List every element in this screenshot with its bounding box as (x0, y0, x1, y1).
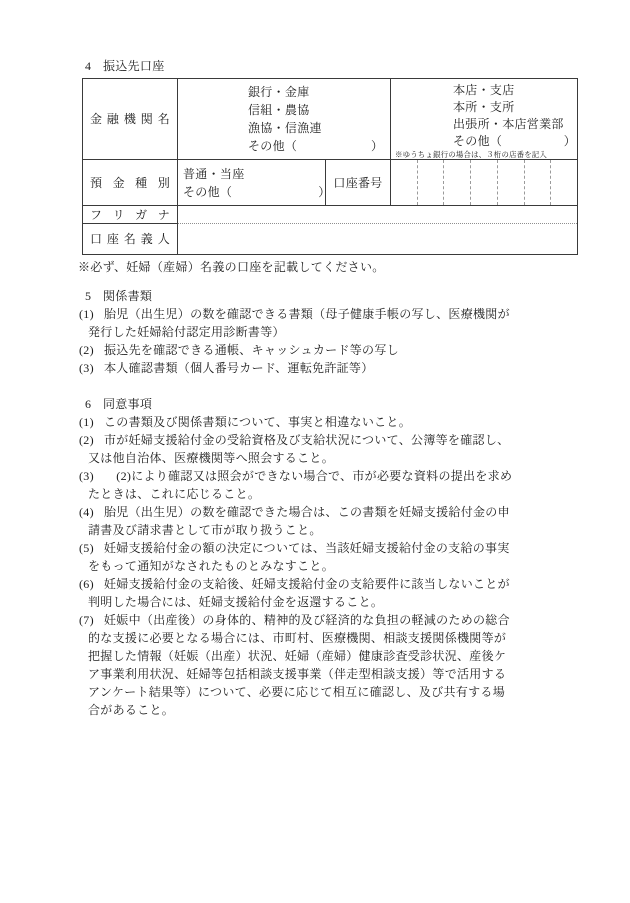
list-item-text: この書類及び関係書類について、事実と相違ないこと。 (104, 415, 411, 429)
list-item-continuation-line: 判明した場合には、妊婦支援給付金を返還すること。 (0, 593, 630, 611)
account-note: ※必ず、妊婦（産婦）名義の口座を記載してください。 (78, 258, 385, 276)
list-item-first-line: (4)胎児（出生児）の数を確認できた場合は、この書類を妊婦支援給付金の申 (0, 503, 630, 521)
section6-consent-items: 6同意事項 (1)この書類及び関係書類について、事実と相違ないこと。(2)市が妊… (0, 395, 630, 719)
branch-type-option: その他（ ） (391, 133, 577, 150)
list-item-number: (4) (79, 503, 104, 521)
list-item-continuation-line: をもって通知がなされたものとみなすこと。 (0, 557, 630, 575)
furigana-input-cell[interactable] (178, 206, 577, 224)
list-item-first-line: (1)胎児（出生児）の数を確認できる書類（母子健康手帳の写し、医療機関が (0, 305, 630, 323)
account-holder-label-cell: 口 座 名 義 人 (83, 224, 178, 254)
section6-title: 同意事項 (103, 397, 152, 411)
list-item-continuation-line: 又は他自治体、医療機関等へ照会すること。 (0, 449, 630, 467)
account-number-label: 口座番号 (333, 174, 382, 192)
deposit-type-label: 預 金 種 別 (90, 174, 170, 192)
furigana-label: フ リ ガ ナ (90, 206, 170, 224)
list-item-number: (2) (79, 431, 104, 449)
section5-items: (1)胎児（出生児）の数を確認できる書類（母子健康手帳の写し、医療機関が発行した… (0, 305, 630, 377)
list-item-number: (2) (79, 341, 104, 359)
list-item-continuation-line: 発行した妊婦給付認定用診断書等） (0, 323, 630, 341)
list-item-number: (3) (79, 359, 104, 377)
list-item-number: (5) (79, 539, 104, 557)
list-item-text: 胎児（出生児）の数を確認できる書類（母子健康手帳の写し、医療機関が (104, 307, 510, 321)
account-holder-input-cell[interactable] (178, 224, 577, 254)
account-holder-label: 口 座 名 義 人 (90, 230, 170, 248)
branch-type-option: 本店・支店 (391, 82, 577, 99)
list-item-continuation-line: 合があること。 (0, 701, 630, 719)
list-item-continuation-line: ア事業利用状況、妊婦等包括相談支援事業（伴走型相談支援）等で活用する (0, 665, 630, 683)
branch-type-option: 出張所・本店営業部 (391, 116, 577, 133)
furigana-label-cell: フ リ ガ ナ (83, 206, 178, 224)
account-number-digit-cell[interactable] (497, 160, 524, 205)
section6-number: 6 (85, 395, 103, 413)
institution-type-option: 信組・農協 (178, 101, 390, 119)
deposit-type-option: 普通・当座 (178, 165, 325, 183)
list-item-continuation-line: たときは、これに応じること。 (0, 485, 630, 503)
list-item-number: (3) (79, 467, 104, 485)
document-page: 4振込先口座 金 融 機 関 名 銀行・金庫信組・農協漁協・信漁連その他（ ） … (0, 0, 630, 903)
section6-heading: 6同意事項 (0, 395, 630, 413)
account-number-digit-cell[interactable] (391, 160, 417, 205)
list-item-first-line: (5)妊婦支援給付金の額の決定については、当該妊婦支援給付金の支給の事実 (0, 539, 630, 557)
section5-heading: 5関係書類 (0, 287, 630, 305)
list-item-text: 本人確認書類（個人番号カード、運転免許証等） (104, 361, 374, 375)
list-item-continuation-line: アンケート結果等）について、必要に応じて相互に確認し、及び共有する場 (0, 683, 630, 701)
list-item-first-line: (7)妊娠中（出産後）の身体的、精神的及び経済的な負担の軽減のための総合 (0, 611, 630, 629)
list-item-first-line: (2)市が妊婦支援給付金の受給資格及び支給状況について、公簿等を確認し、 (0, 431, 630, 449)
list-item-first-line: (3)本人確認書類（個人番号カード、運転免許証等） (0, 359, 630, 377)
list-item-text: 妊婦支援給付金の額の決定については、当該妊婦支援給付金の支給の事実 (104, 541, 510, 555)
list-item-text: 妊娠中（出産後）の身体的、精神的及び経済的な負担の軽減のための総合 (104, 613, 510, 627)
list-item-text: 妊婦支援給付金の支給後、妊婦支援給付金の支給要件に該当しないことが (104, 577, 510, 591)
bank-account-table: 金 融 機 関 名 銀行・金庫信組・農協漁協・信漁連その他（ ） 本店・支店本所… (82, 78, 578, 255)
list-item-continuation-line: 請書及び請求書として市が取り扱うこと。 (0, 521, 630, 539)
list-item-first-line: (3) (2)により確認又は照会ができない場合で、市が必要な資料の提出を求め (0, 467, 630, 485)
list-item-text: 振込先を確認できる通帳、キャッシュカード等の写し (104, 343, 399, 357)
institution-type-option: 銀行・金庫 (178, 83, 390, 101)
list-item-number: (6) (79, 575, 104, 593)
list-item-first-line: (1)この書類及び関係書類について、事実と相違ないこと。 (0, 413, 630, 431)
section5-related-documents: 5関係書類 (1)胎児（出生児）の数を確認できる書類（母子健康手帳の写し、医療機… (0, 287, 630, 377)
list-item-first-line: (6)妊婦支援給付金の支給後、妊婦支援給付金の支給要件に該当しないことが (0, 575, 630, 593)
section4-heading: 4振込先口座 (85, 57, 165, 75)
list-item-number: (1) (79, 413, 104, 431)
list-item-text: 胎児（出生児）の数を確認できた場合は、この書類を妊婦支援給付金の申 (104, 505, 510, 519)
section4-number: 4 (85, 57, 103, 75)
list-item-number: (1) (79, 305, 104, 323)
list-item-continuation-line: 的な支援に必要となる場合には、市町村、医療機関、相談支援関係機関等が (0, 629, 630, 647)
list-item-number: (7) (79, 611, 104, 629)
institution-type-option: その他（ ） (178, 137, 390, 155)
deposit-type-label-cell: 預 金 種 別 (83, 160, 178, 206)
deposit-type-option: その他（ ） (178, 183, 325, 201)
account-number-digit-cell[interactable] (417, 160, 444, 205)
branch-type-cell: 本店・支店本所・支所出張所・本店営業部その他（ ）※ゆうちょ銀行の場合は、３桁の… (391, 79, 577, 160)
account-number-digit-cell[interactable] (443, 160, 470, 205)
account-number-digit-cell[interactable] (524, 160, 551, 205)
section4-title: 振込先口座 (103, 59, 165, 73)
institution-type-cell: 銀行・金庫信組・農協漁協・信漁連その他（ ） (178, 79, 391, 160)
branch-type-option: 本所・支所 (391, 99, 577, 116)
list-item-text: 市が妊婦支援給付金の受給資格及び支給状況について、公簿等を確認し、 (104, 433, 509, 447)
section5-title: 関係書類 (103, 289, 152, 303)
deposit-type-cell: 普通・当座その他（ ） (178, 160, 326, 206)
section5-number: 5 (85, 287, 103, 305)
institution-type-option: 漁協・信漁連 (178, 119, 390, 137)
account-number-digit-cell[interactable] (550, 160, 577, 205)
list-item-first-line: (2)振込先を確認できる通帳、キャッシュカード等の写し (0, 341, 630, 359)
account-number-label-cell: 口座番号 (326, 160, 391, 206)
financial-institution-label-cell: 金 融 機 関 名 (83, 79, 178, 160)
list-item-text: (2)により確認又は照会ができない場合で、市が必要な資料の提出を求め (104, 469, 512, 483)
account-number-digit-cell[interactable] (470, 160, 497, 205)
account-number-digits-cell (391, 160, 577, 206)
section6-items: (1)この書類及び関係書類について、事実と相違ないこと。(2)市が妊婦支援給付金… (0, 413, 630, 719)
financial-institution-label: 金 融 機 関 名 (90, 110, 170, 128)
list-item-continuation-line: 把握した情報（妊娠（出産）状況、妊婦（産婦）健康診査受診状況、産後ケ (0, 647, 630, 665)
